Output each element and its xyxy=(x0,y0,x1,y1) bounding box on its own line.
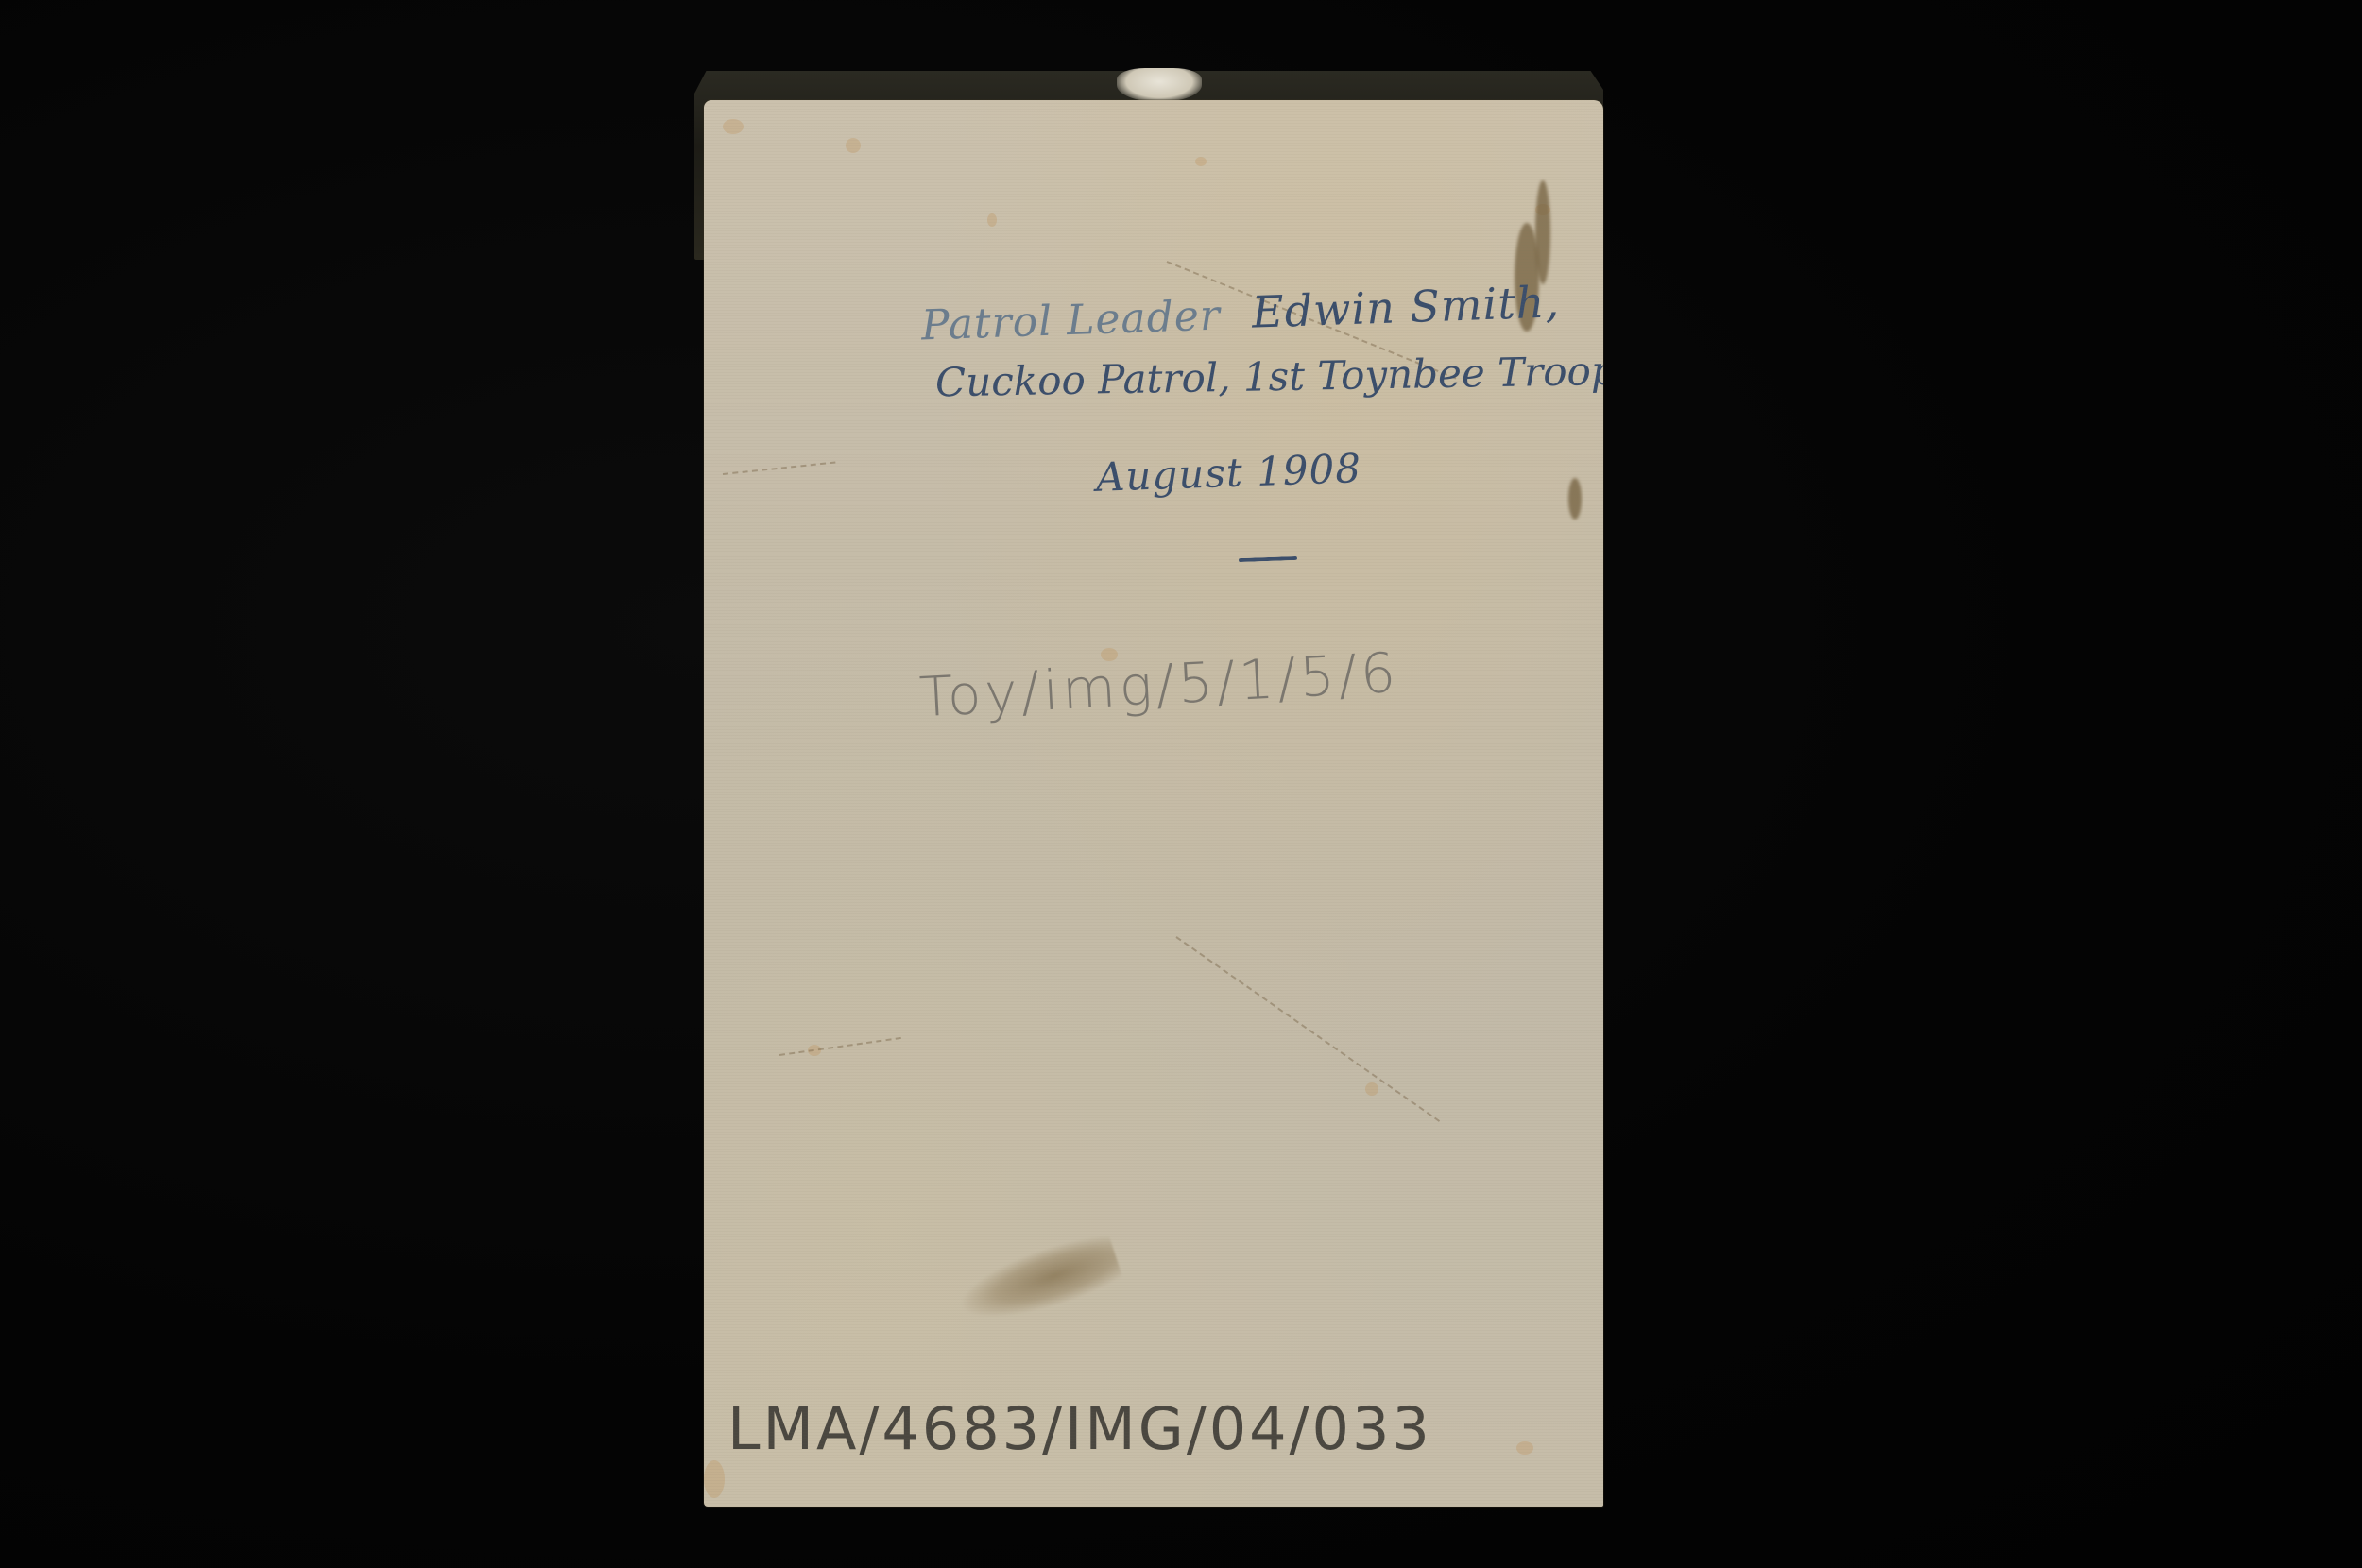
pencil-reference: Toy/img/5/1/5/6 xyxy=(918,640,1401,730)
crease-line xyxy=(779,1037,901,1056)
foxing-spot xyxy=(1365,1082,1378,1096)
inscription-name: Edwin Smith, xyxy=(1251,276,1561,337)
water-stain xyxy=(1535,180,1550,284)
foxing-spot xyxy=(1516,1441,1533,1455)
water-stain xyxy=(954,1229,1124,1333)
inscription-patrol-troop: Cuckoo Patrol, 1st Toynbee Troop. xyxy=(935,348,1603,406)
inscription-role: Patrol Leader xyxy=(920,291,1221,349)
crease-line xyxy=(723,461,836,475)
torn-paper-fragment xyxy=(1117,68,1202,102)
photo-stage: Patrol Leader Edwin Smith, Cuckoo Patrol… xyxy=(0,0,2362,1568)
foxing-spot xyxy=(987,213,997,227)
foxing-spot xyxy=(1195,157,1207,166)
water-stain xyxy=(1568,478,1582,520)
foxing-spot xyxy=(723,119,744,134)
inscription-date: August 1908 xyxy=(1095,445,1362,501)
archive-reference: LMA/4683/IMG/04/033 xyxy=(727,1394,1432,1463)
separator-dash xyxy=(1239,556,1297,562)
foxing-spot xyxy=(704,1460,725,1498)
foxing-spot xyxy=(846,138,861,153)
crease-line xyxy=(1175,936,1440,1122)
card-verso: Patrol Leader Edwin Smith, Cuckoo Patrol… xyxy=(704,100,1603,1507)
